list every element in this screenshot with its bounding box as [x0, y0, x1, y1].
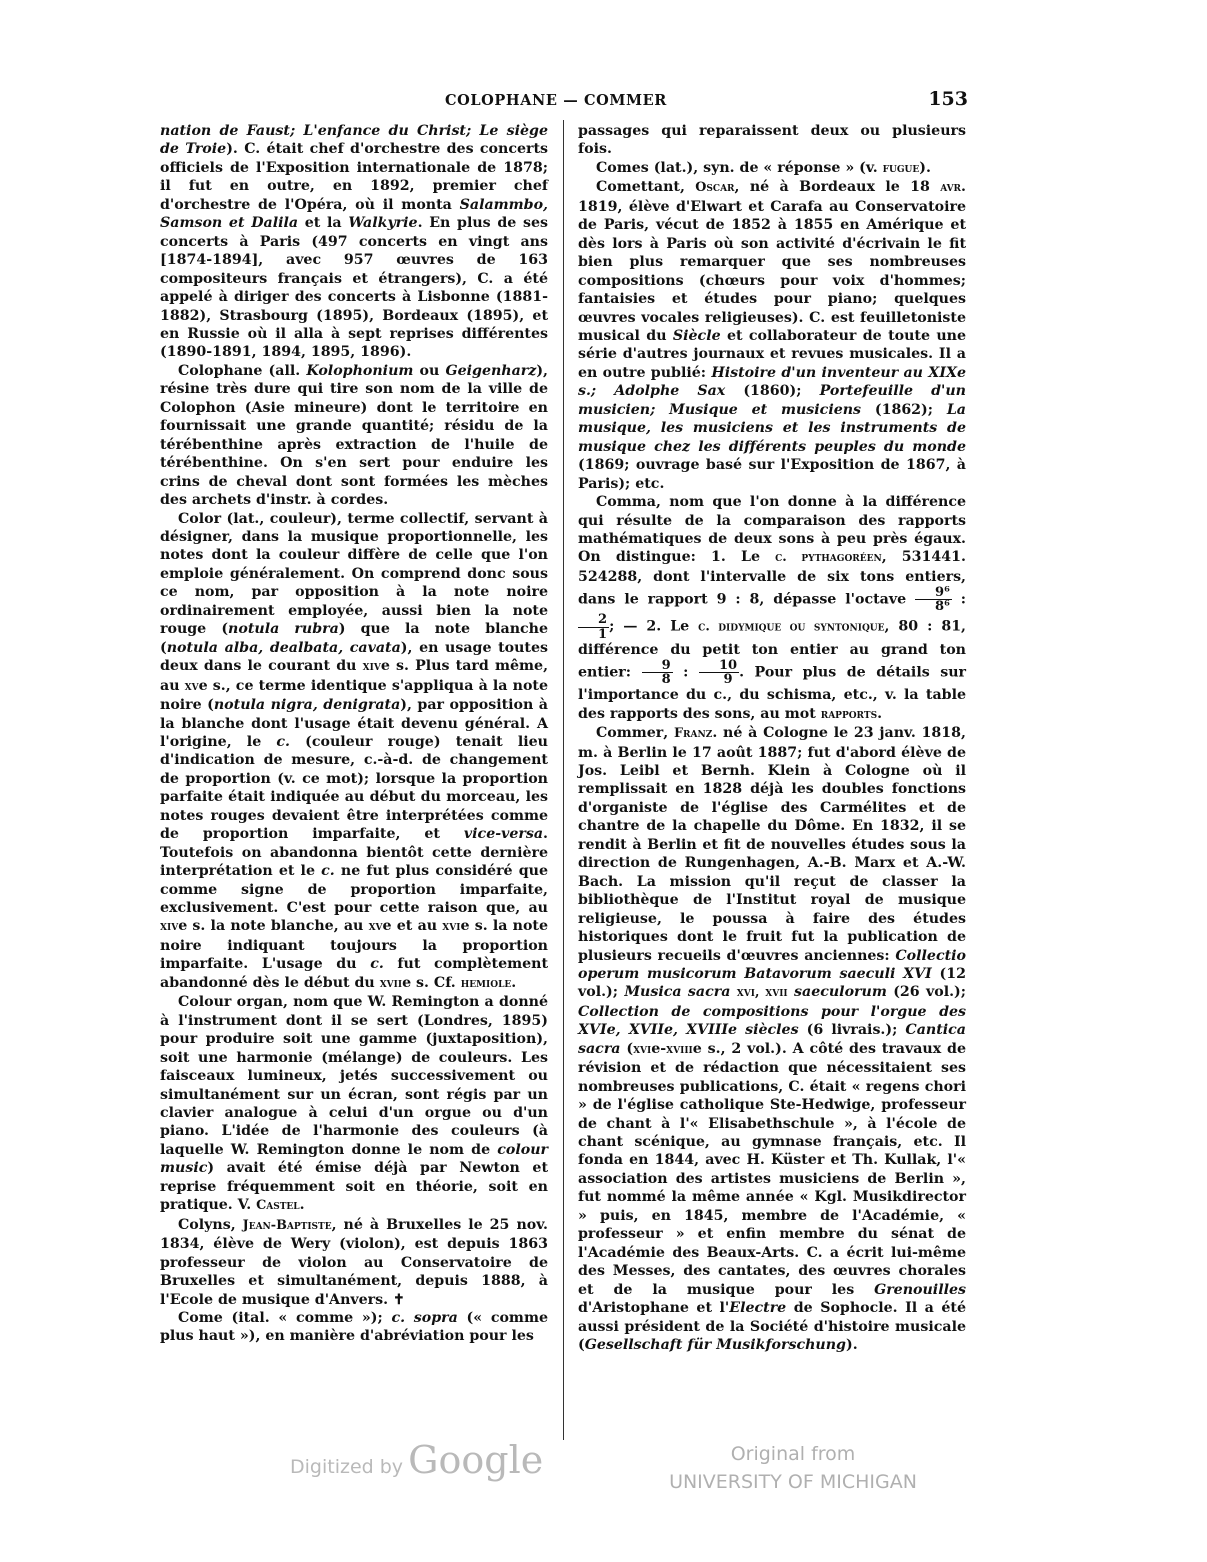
page-number: 153: [928, 88, 968, 110]
italic-text: notula nigra, denigrata: [214, 697, 400, 713]
entry-color: Color (lat., couleur), terme collectif, …: [160, 510, 548, 994]
fraction: 109: [699, 659, 739, 686]
text: e-: [651, 1041, 666, 1057]
fraction-denominator: 8⁶: [915, 600, 952, 613]
watermark-prefix: Digitized by: [290, 1456, 403, 1478]
text: .: [511, 975, 516, 991]
small-caps-text: c. didymique ou syntonique: [698, 620, 884, 635]
text: , né à Bordeaux le 18: [735, 179, 941, 195]
text: (lat.), syn. de « réponse » (v.: [649, 160, 883, 176]
text: e s. Cf.: [402, 975, 461, 991]
page-header: COLOPHANE — COMMER 153: [160, 88, 968, 114]
italic-text: Siècle: [673, 328, 721, 344]
text: et la: [298, 215, 348, 231]
small-caps-text: xiv: [160, 919, 178, 934]
text: (1860);: [725, 383, 819, 399]
entry-come: Come (ital. « comme »); c. sopra (« comm…: [160, 1309, 548, 1346]
text: ).: [919, 160, 931, 176]
italic-text: c. sopra: [391, 1310, 457, 1326]
headword: Commer: [596, 725, 663, 741]
text: :: [673, 665, 699, 681]
italic-text: Geigenharz: [446, 363, 537, 379]
text: . En plus de ses concerts à Paris (497 c…: [160, 215, 548, 360]
headword: Comes: [596, 160, 649, 176]
fraction: 9⁶8⁶: [915, 586, 952, 613]
italic-text: Gesellschaft für Musikforschung: [585, 1337, 846, 1353]
fraction: 98: [642, 659, 673, 686]
italic-text: Grenouilles: [874, 1282, 966, 1298]
left-column: nation de Faust; L'enfance du Christ; Le…: [160, 122, 548, 1346]
entry-commer: Commer, Franz. né à Cologne le 23 janv. …: [578, 724, 966, 1354]
text: ), résine très dure qui tire son nom de …: [160, 363, 548, 508]
text: (: [621, 1041, 634, 1057]
headword: Colour organ: [178, 994, 283, 1010]
right-column: passages qui reparaissent deux ou plusie…: [578, 122, 966, 1354]
italic-text: saeculorum: [794, 984, 887, 1000]
fraction-numerator: 9⁶: [915, 586, 952, 600]
entry-colyns: Colyns, Jean-Baptiste, né à Bruxelles le…: [160, 1216, 548, 1309]
italic-text: c.: [321, 863, 335, 879]
entry-comma: Comma, nom que l'on donne à la différenc…: [578, 493, 966, 724]
text: e et au: [383, 918, 443, 934]
entry-comes: Comes (lat.), syn. de « réponse » (v. fu…: [578, 159, 966, 178]
italic-text: c.: [276, 734, 290, 750]
fraction-denominator: 1: [578, 628, 609, 641]
column-divider: [563, 120, 564, 1440]
entry-colour-organ: Colour organ, nom que W. Remington a don…: [160, 993, 548, 1215]
digitized-by-google-watermark: Digitized by Google: [290, 1438, 543, 1482]
headword: Color: [178, 511, 221, 527]
watermark-line: Original from: [668, 1440, 918, 1468]
italic-text: Walkyrie: [348, 215, 417, 231]
cross-reference: fugue: [883, 161, 920, 176]
text: .: [877, 706, 882, 722]
text: d'Aristophane et l': [578, 1300, 729, 1316]
italic-text: Electre: [729, 1300, 786, 1316]
small-caps-text: xvii: [380, 976, 402, 991]
headword: Colyns: [178, 1217, 231, 1233]
continued-entry-berlioz: nation de Faust; L'enfance du Christ; Le…: [160, 122, 548, 362]
italic-text: Musica sacra: [624, 984, 730, 1000]
text: (1862);: [861, 402, 947, 418]
text: ,: [680, 179, 695, 195]
text: . 1819, élève d'Elwart et Carafa au Cons…: [578, 179, 966, 344]
text: (6 livrais.);: [799, 1022, 906, 1038]
text: :: [952, 592, 966, 608]
text: ,: [231, 1217, 243, 1233]
text: , nom que W. Remington a donné à l'instr…: [160, 994, 548, 1158]
small-caps-text: xvi, xvii: [737, 985, 788, 1000]
text: (1869; ouvrage basé sur l'Exposition de …: [578, 457, 966, 491]
small-caps-text: c. pythagoréen: [775, 550, 882, 565]
fraction-numerator: 10: [699, 659, 739, 673]
small-caps-text: xviii: [666, 1042, 693, 1057]
google-logo: Google: [408, 1438, 543, 1482]
text: e s., 2 vol.). A côté des travaux de rév…: [578, 1041, 966, 1298]
text: (all.: [262, 363, 306, 379]
headword: Comma: [596, 494, 656, 510]
small-caps-text: Oscar: [695, 180, 734, 195]
small-caps-text: xv: [185, 679, 199, 694]
headword: Comettant: [596, 179, 680, 195]
text: (26 vol.);: [887, 984, 966, 1000]
italic-text: vice-versa: [464, 826, 543, 842]
cross-reference: Castel: [256, 1198, 300, 1213]
fraction-numerator: 2: [578, 613, 609, 627]
death-cross-icon: ✝: [393, 1292, 405, 1308]
entry-comettant: Comettant, Oscar, né à Bordeaux le 18 av…: [578, 178, 966, 493]
headword: Come: [178, 1310, 223, 1326]
small-caps-text: xvi: [633, 1042, 651, 1057]
running-head: COLOPHANE — COMMER: [445, 92, 667, 109]
italic-text: c.: [370, 956, 384, 972]
small-caps-text: Jean-Baptiste: [243, 1218, 332, 1233]
fraction-denominator: 9: [699, 673, 739, 686]
text: ,: [663, 725, 674, 741]
fraction-denominator: 8: [642, 673, 673, 686]
text: ; — 2. Le: [609, 619, 698, 635]
text: (ital. « comme »);: [223, 1310, 392, 1326]
small-caps-text: Franz: [674, 726, 712, 741]
small-caps-text: xvi: [442, 919, 460, 934]
text: .: [300, 1197, 305, 1213]
text: (lat., couleur), terme collectif, servan…: [160, 511, 548, 638]
italic-text: notula rubra: [228, 621, 339, 637]
headword: Colophane: [178, 363, 262, 379]
text: ).: [846, 1337, 858, 1353]
italic-text: Kolophonium: [306, 363, 413, 379]
small-caps-text: xv: [369, 919, 383, 934]
italic-text: notula alba, dealbata, cavata: [167, 640, 401, 656]
text: . né à Cologne le 23 janv. 1818, m. à Be…: [578, 725, 966, 963]
cross-reference: rapports: [821, 707, 877, 722]
original-from-watermark: Original from UNIVERSITY OF MICHIGAN: [668, 1440, 918, 1496]
entry-colophane: Colophane (all. Kolophonium ou Geigenhar…: [160, 362, 548, 510]
watermark-institution: UNIVERSITY OF MICHIGAN: [668, 1468, 918, 1496]
small-caps-text: avr: [940, 180, 961, 195]
text: e s. la note blanche, au: [178, 918, 368, 934]
text: ou: [413, 363, 445, 379]
continued-entry-come: passages qui reparaissent deux ou plusie…: [578, 122, 966, 159]
fraction: 21: [578, 613, 609, 640]
cross-reference: hemiole: [461, 976, 512, 991]
small-caps-text: xiv: [363, 659, 381, 674]
fraction-numerator: 9: [642, 659, 673, 673]
text: ) avait été émise déjà par Newton et rep…: [160, 1160, 548, 1213]
